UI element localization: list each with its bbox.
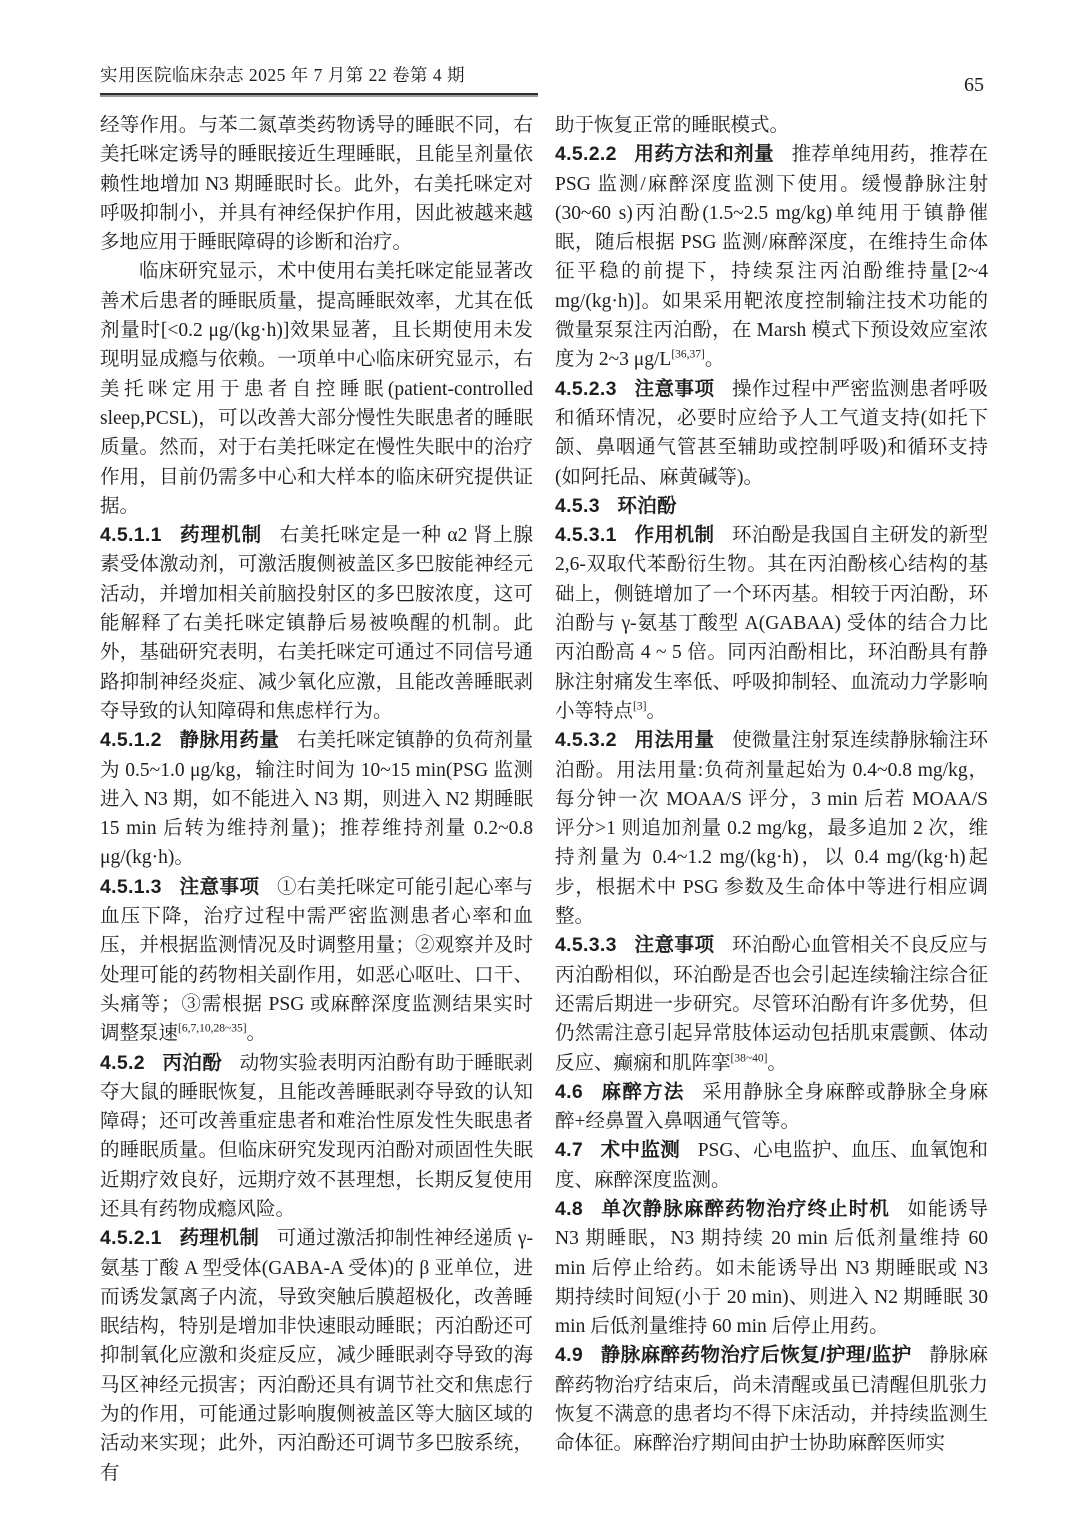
page-header: 实用医院临床杂志 2025 年 7 月第 22 卷第 4 期 65 — [100, 62, 988, 97]
section-heading: 麻醉方法 — [601, 1081, 685, 1103]
section-paragraph-4.7: 4.7术中监测PSG、心电监护、血压、血氧饱和度、麻醉深度监测。 — [555, 1136, 988, 1195]
journal-header: 实用医院临床杂志 2025 年 7 月第 22 卷第 4 期 — [100, 62, 538, 97]
section-number: 4.8 — [555, 1198, 583, 1220]
body-paragraph: 临床研究显示，术中使用右美托咪定能显著改善术后患者的睡眠质量，提高睡眠效率，尤其… — [100, 257, 533, 521]
section-paragraph-4.5.3.1: 4.5.3.1作用机制环泊酚是我国自主研发的新型 2,6-双取代苯酚衍生物。其在… — [555, 521, 988, 726]
section-number: 4.5.2.1 — [100, 1227, 162, 1249]
section-heading: 注意事项 — [634, 378, 714, 400]
section-heading: 静脉用药量 — [179, 729, 279, 751]
reference-superscript: [38~40] — [731, 1052, 768, 1064]
body-paragraph: 助于恢复正常的睡眠模式。 — [555, 111, 988, 140]
header-rule — [100, 93, 538, 97]
section-paragraph-4.9: 4.9静脉麻醉药物治疗后恢复/护理/监护静脉麻醉药物治疗结束后，尚未清醒或虽已清… — [555, 1341, 988, 1458]
page-number: 65 — [964, 74, 988, 97]
section-number: 4.5.1.1 — [100, 524, 162, 546]
section-number: 4.5.2.2 — [555, 143, 617, 165]
section-number: 4.5.3 — [555, 495, 600, 517]
section-number: 4.7 — [555, 1139, 583, 1161]
section-heading: 用药方法和剂量 — [634, 143, 774, 165]
reference-superscript: [36,37] — [671, 349, 705, 361]
section-number: 4.9 — [555, 1344, 583, 1366]
section-paragraph-4.5.2.2: 4.5.2.2用药方法和剂量推荐单纯用药，推荐在 PSG 监测/麻醉深度监测下使… — [555, 140, 988, 374]
section-number: 4.6 — [555, 1081, 583, 1103]
section-paragraph-4.5.2.3: 4.5.2.3注意事项操作过程中严密监测患者呼吸和循环情况，必要时应给予人工气道… — [555, 375, 988, 492]
section-paragraph-4.5.2: 4.5.2丙泊酚动物实验表明丙泊酚有助于睡眠剥夺大鼠的睡眠恢复，且能改善睡眠剥夺… — [100, 1049, 533, 1225]
section-heading: 单次静脉麻醉药物治疗终止时机 — [601, 1198, 890, 1220]
section-heading: 用法用量 — [634, 729, 714, 751]
section-heading: 药理机制 — [179, 524, 262, 546]
two-column-body: 经等作用。与苯二氮䓬类药物诱导的睡眠不同，右美托咪定诱导的睡眠接近生理睡眠，且能… — [100, 111, 988, 1488]
section-heading: 丙泊酚 — [162, 1052, 222, 1074]
section-heading: 注意事项 — [634, 934, 714, 956]
section-number: 4.5.2 — [100, 1052, 145, 1074]
section-paragraph-4.5.3.2: 4.5.3.2用法用量使微量注射泵连续静脉输注环泊酚。用法用量:负荷剂量起始为 … — [555, 726, 988, 931]
section-heading: 作用机制 — [634, 524, 714, 546]
section-heading: 环泊酚 — [617, 495, 676, 517]
section-paragraph-4.5.3: 4.5.3环泊酚 — [555, 492, 988, 521]
section-heading: 注意事项 — [179, 876, 259, 898]
journal-page: 实用医院临床杂志 2025 年 7 月第 22 卷第 4 期 65 经等作用。与… — [0, 0, 1080, 1527]
section-number: 4.5.3.3 — [555, 934, 617, 956]
section-paragraph-4.5.1.1: 4.5.1.1药理机制右美托咪定是一种 α2 肾上腺素受体激动剂，可激活腹侧被盖… — [100, 521, 533, 726]
section-number: 4.5.2.3 — [555, 378, 617, 400]
left-column: 经等作用。与苯二氮䓬类药物诱导的睡眠不同，右美托咪定诱导的睡眠接近生理睡眠，且能… — [100, 111, 533, 1488]
section-paragraph-4.5.2.1: 4.5.2.1药理机制可通过激活抑制性神经递质 γ-氨基丁酸 A 型受体(GAB… — [100, 1224, 533, 1488]
section-paragraph-4.8: 4.8单次静脉麻醉药物治疗终止时机如能诱导 N3 期睡眠，N3 期持续 20 m… — [555, 1195, 988, 1341]
body-paragraph: 经等作用。与苯二氮䓬类药物诱导的睡眠不同，右美托咪定诱导的睡眠接近生理睡眠，且能… — [100, 111, 533, 257]
section-number: 4.5.1.2 — [100, 729, 162, 751]
section-number: 4.5.1.3 — [100, 876, 162, 898]
right-column: 助于恢复正常的睡眠模式。4.5.2.2用药方法和剂量推荐单纯用药，推荐在 PSG… — [555, 111, 988, 1488]
section-paragraph-4.6: 4.6麻醉方法采用静脉全身麻醉或静脉全身麻醉+经鼻置入鼻咽通气管等。 — [555, 1078, 988, 1137]
journal-title: 实用医院临床杂志 2025 年 7 月第 22 卷第 4 期 — [100, 62, 538, 93]
section-heading: 药理机制 — [179, 1227, 259, 1249]
section-paragraph-4.5.1.3: 4.5.1.3注意事项①右美托咪定可能引起心率与血压下降，治疗过程中需严密监测患… — [100, 873, 533, 1049]
reference-superscript: [3] — [633, 700, 646, 712]
section-paragraph-4.5.3.3: 4.5.3.3注意事项环泊酚心血管相关不良反应与丙泊酚相似，环泊酚是否也会引起连… — [555, 931, 988, 1077]
section-paragraph-4.5.1.2: 4.5.1.2静脉用药量右美托咪定镇静的负荷剂量为 0.5~1.0 μg/kg，… — [100, 726, 533, 872]
section-number: 4.5.3.2 — [555, 729, 617, 751]
section-number: 4.5.3.1 — [555, 524, 617, 546]
section-heading: 静脉麻醉药物治疗后恢复/护理/监护 — [601, 1344, 912, 1366]
section-heading: 术中监测 — [601, 1139, 681, 1161]
reference-superscript: [6,7,10,28~35] — [178, 1023, 247, 1035]
